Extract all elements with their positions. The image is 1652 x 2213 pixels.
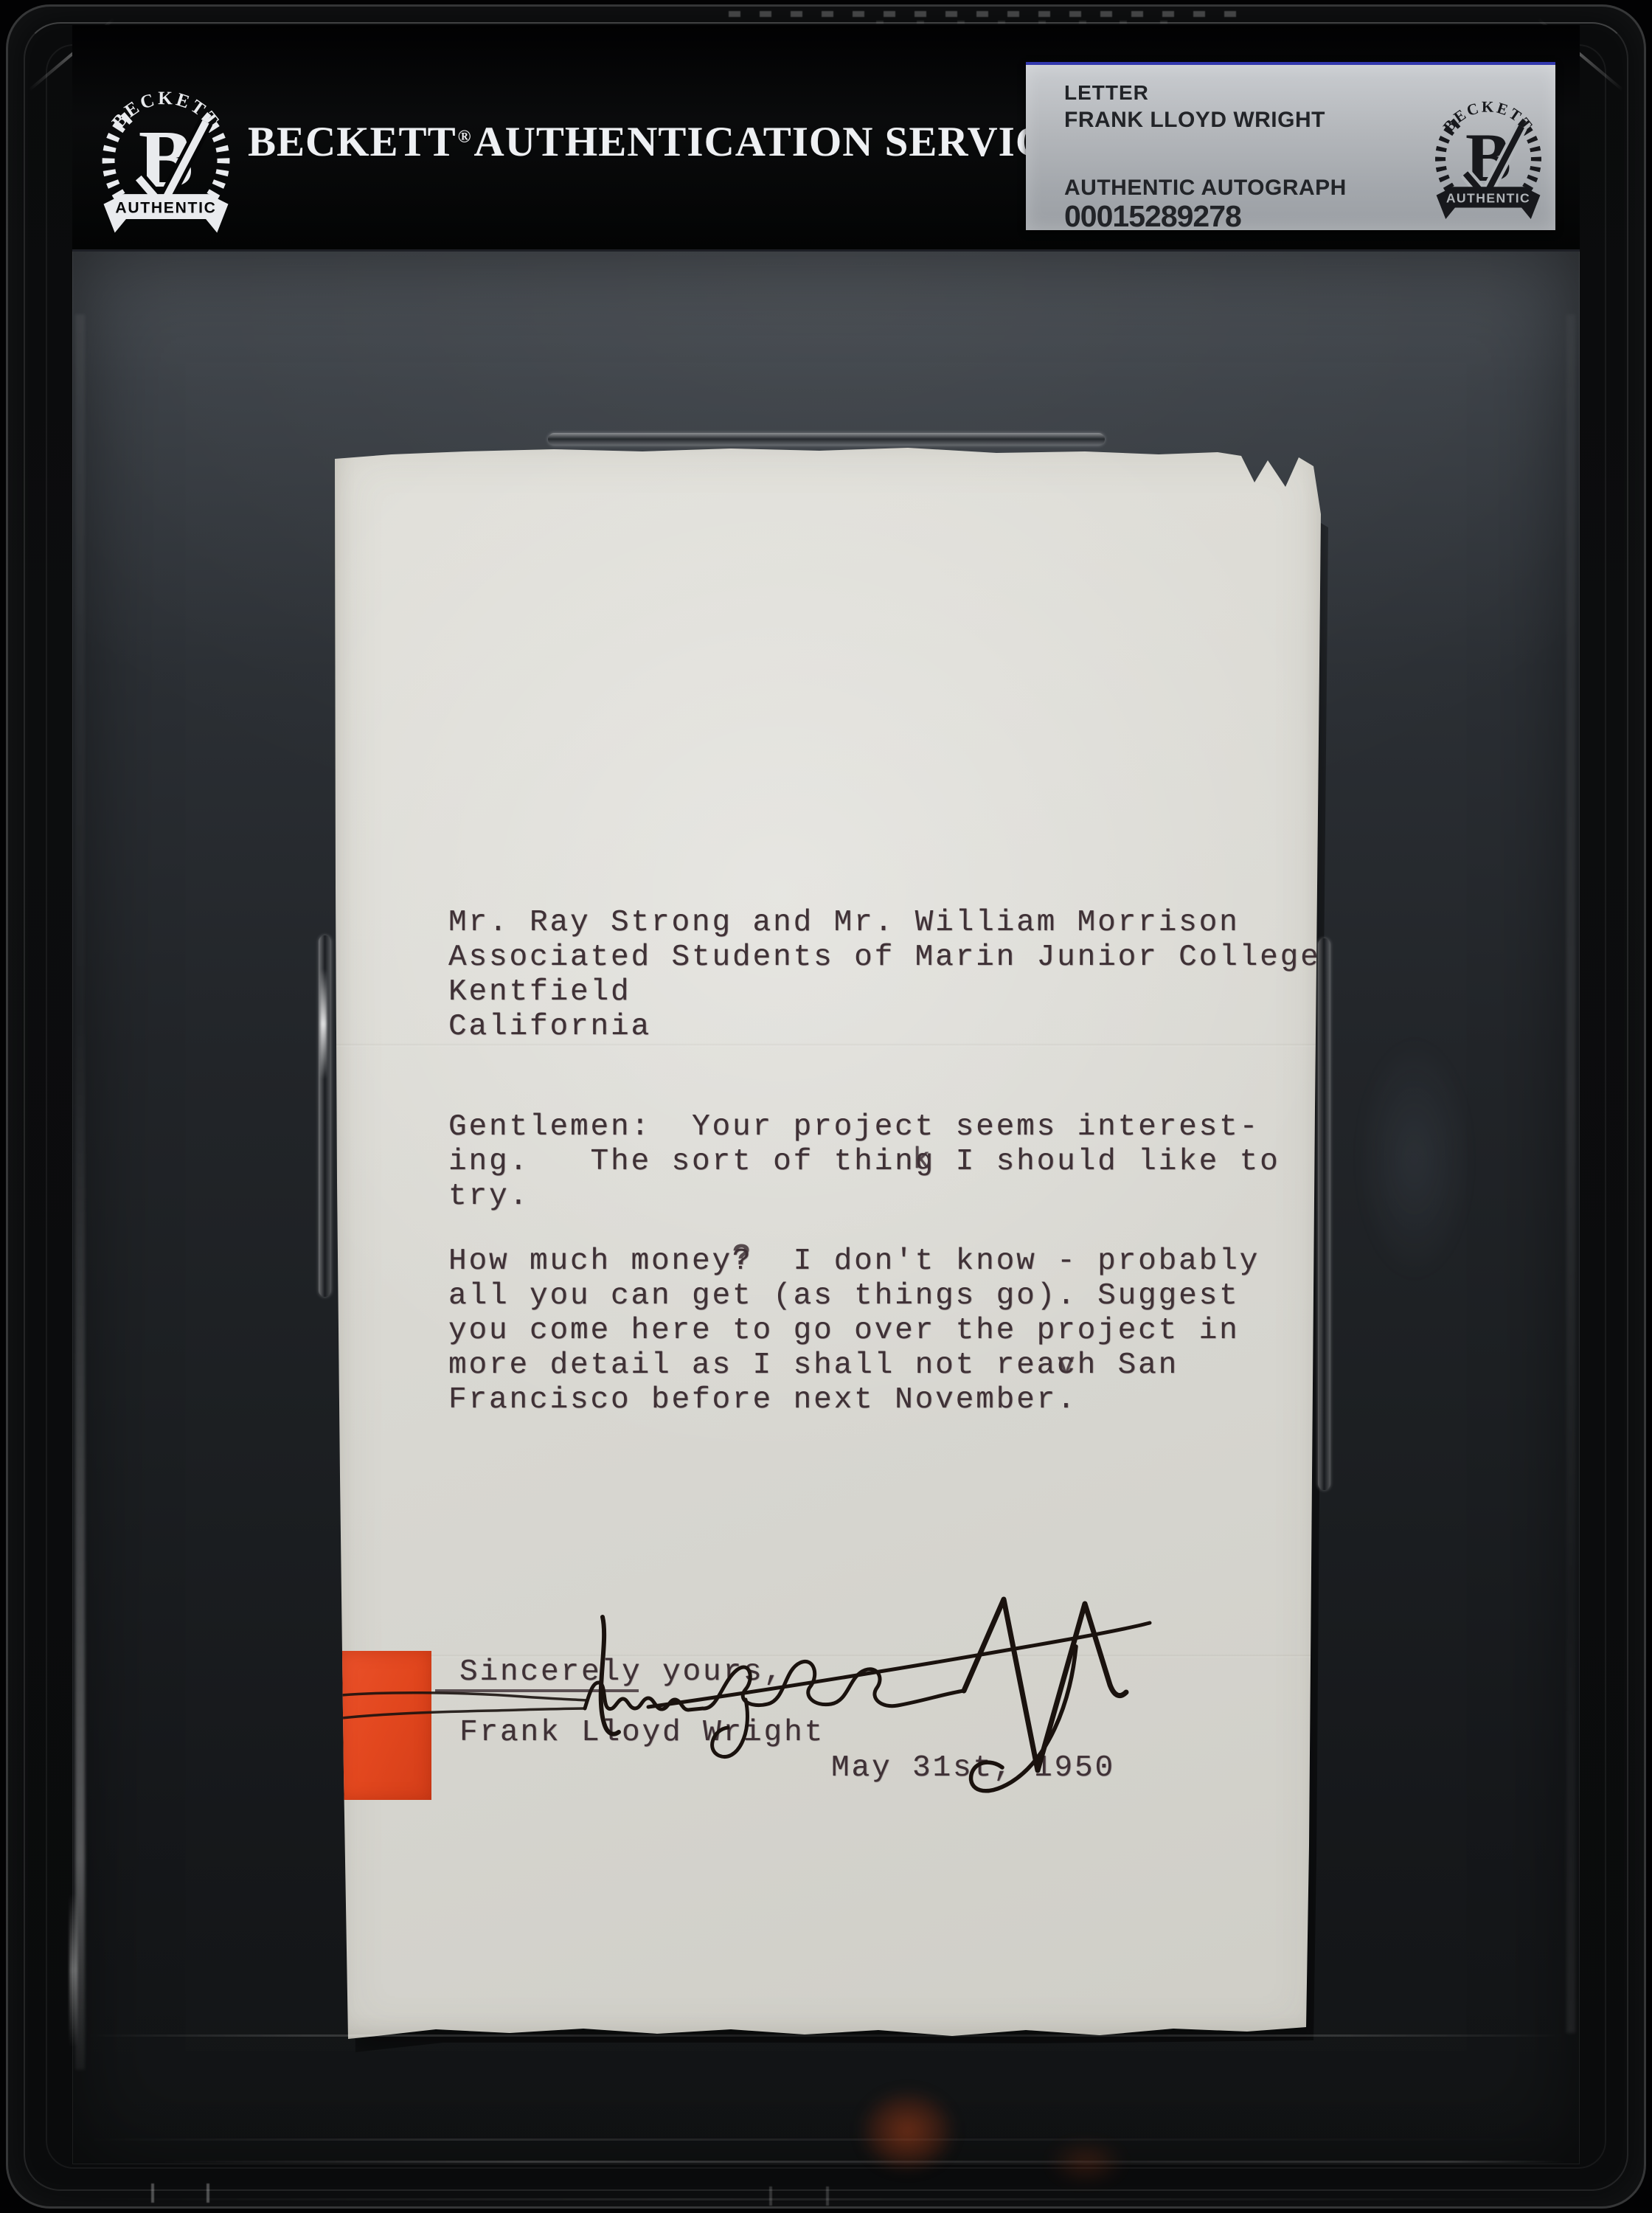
letter-document: Mr. Ray Strong and Mr. William Morrison …: [333, 444, 1325, 2046]
retainer-clip-left: [319, 935, 331, 1297]
mold-tick: [769, 2186, 772, 2206]
banner-title: BECKETT®AUTHENTICATION SERVICES: [248, 118, 1100, 166]
case-seam-line: [87, 2034, 1565, 2037]
label-cert-number: 00015289278: [1064, 199, 1241, 234]
plastic-haze-reflection: [1333, 986, 1496, 1332]
banner-services: AUTHENTICATION SERVICES: [474, 119, 1100, 165]
mold-tick: [826, 2186, 829, 2206]
bottom-left-reflection: [69, 1893, 77, 2048]
logo-ribbon-text: AUTHENTIC: [1446, 190, 1530, 205]
slab-case: BECKETT B AUTHENTIC BECKETT®AUTHENTICATI…: [6, 4, 1646, 2209]
label-item-type: LETTER: [1064, 81, 1149, 105]
banner-brand: BECKETT: [248, 119, 457, 165]
mold-tick: [206, 2183, 209, 2203]
body-paragraph: How much money? I don't know - probably …: [448, 1244, 1260, 1418]
registered-mark-icon: ®: [458, 128, 472, 147]
retainer-clip-right: [1318, 938, 1330, 1490]
right-reflection-streak: [1566, 314, 1575, 2033]
retainer-clip-top: [548, 433, 1105, 446]
slab-photo: BECKETT B AUTHENTIC BECKETT®AUTHENTICATI…: [0, 0, 1652, 2213]
label-subject-name: FRANK LLOYD WRIGHT: [1064, 108, 1325, 133]
red-reflection-glow: [843, 2076, 972, 2186]
typo-overstrike-k: k: [912, 1143, 931, 1178]
case-bottom-ridge-bright: [87, 2161, 1565, 2163]
case-etched-marks: [729, 11, 1238, 17]
case-etched-marks-secondary: [876, 21, 1186, 24]
typo-overstrike-question: ?: [732, 1240, 751, 1275]
typo-overstrike-v: v: [1057, 1348, 1075, 1383]
logo-ribbon-text: AUTHENTIC: [115, 200, 216, 217]
label-grade-text: AUTHENTIC AUTOGRAPH: [1064, 176, 1347, 201]
cert-label: LETTER FRANK LLOYD WRIGHT AUTHENTIC AUTO…: [1026, 62, 1555, 230]
signature-autograph: [333, 1552, 1188, 1891]
left-reflection-streak: [75, 314, 85, 2070]
salutation-paragraph: Gentlemen: Your project seems interest- …: [448, 1110, 1280, 1214]
red-reflection-glow-faint: [1031, 2129, 1142, 2195]
mold-tick: [151, 2183, 154, 2203]
case-bottom-ridge: [87, 2138, 1565, 2141]
beckett-authentic-logo-white: BECKETT B AUTHENTIC: [91, 62, 241, 239]
address-block: Mr. Ray Strong and Mr. William Morrison …: [448, 906, 1321, 1045]
beckett-authentic-logo-black: BECKETT B AUTHENTIC: [1426, 77, 1551, 224]
